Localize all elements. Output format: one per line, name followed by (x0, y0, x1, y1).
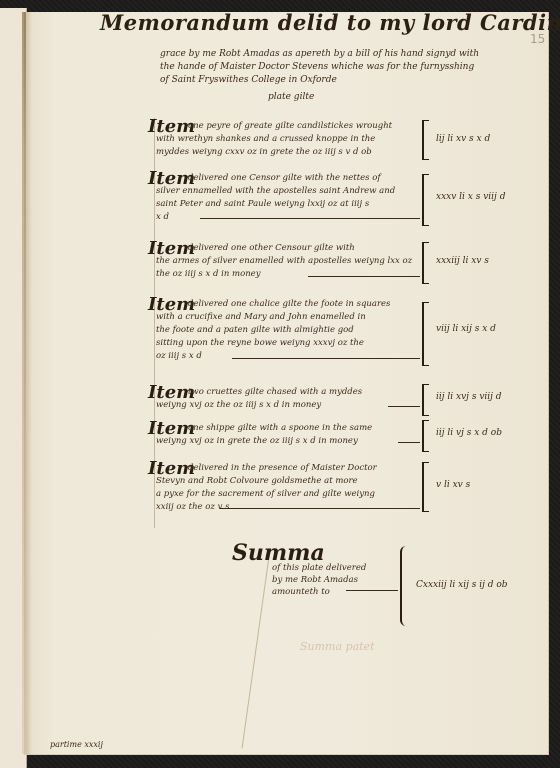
item-amount: v li xv s (436, 480, 470, 490)
item-line: silver ennamelled with the apostelles sa… (156, 185, 421, 198)
brace-icon (422, 174, 429, 226)
item-line: weiyng xvj oz in grete the oz iiij s x d… (156, 435, 421, 448)
brace-icon (422, 120, 429, 160)
item-line: delivered one other Censour gilte with (156, 242, 421, 255)
item-amount: lij li xv s x d (436, 134, 490, 144)
item-line: with a crucifixe and Mary and John ename… (156, 311, 421, 324)
item-amount: xxxiij li xv s (436, 256, 489, 266)
item-line: one peyre of greate gilte candilstickes … (156, 120, 421, 133)
fill-line (200, 218, 420, 219)
fill-line (220, 508, 420, 509)
summa-line: amounteth to (272, 586, 366, 598)
item-line: myddes weiyng cxxv oz in grete the oz ii… (156, 146, 421, 159)
item-line: the foote and a paten gilte with almight… (156, 324, 421, 337)
item-description: delivered one chalice gilte the foote in… (156, 298, 421, 363)
fill-line (346, 590, 398, 591)
subheading-plate-gilte: plate gilte (268, 92, 314, 102)
item-line: Stevyn and Robt Colvoure goldsmethe at m… (156, 475, 421, 488)
binding-gutter (22, 12, 26, 754)
item-line: two cruettes gilte chased with a myddes (156, 386, 421, 399)
fill-line (232, 358, 420, 359)
item-line: delivered in the presence of Maister Doc… (156, 462, 421, 475)
item-description: one shippe gilte with a spoone in the sa… (156, 422, 421, 448)
item-amount: viij li xij s x d (436, 324, 496, 334)
summa-amount: Cxxxiij li xij s ij d ob (416, 580, 508, 590)
brace-icon (422, 420, 429, 452)
footer-note: partime xxxij (50, 740, 103, 749)
fill-line (388, 406, 420, 407)
preamble: grace by me Robt Amadas as apereth by a … (160, 48, 520, 87)
item-line: the oz iiij s x d in money (156, 268, 421, 281)
item-description: two cruettes gilte chased with a myddes … (156, 386, 421, 412)
item-amount: iij li xvj s viij d (436, 392, 502, 402)
preamble-line: the hande of Maister Doctor Stevens whic… (160, 61, 520, 74)
summa-line: of this plate delivered (272, 562, 366, 574)
item-description: delivered in the presence of Maister Doc… (156, 462, 421, 514)
fill-line (398, 442, 420, 443)
item-line: with wrethyn shankes and a crussed knopp… (156, 133, 421, 146)
brace-icon (422, 462, 429, 512)
brace-icon (400, 546, 408, 626)
item-line: oz iiij s x d (156, 350, 421, 363)
faint-show-through-text: Summa patet (300, 640, 375, 653)
item-line: a pyxe for the sacrement of silver and g… (156, 488, 421, 501)
item-line: saint Peter and saint Paule weiyng lxxij… (156, 198, 421, 211)
heading-text: Memorandum delid to my lord Cardinallis (100, 10, 560, 35)
brace-icon (422, 242, 429, 284)
brace-icon (422, 384, 429, 416)
item-amount: iij li vj s x d ob (436, 428, 502, 438)
item-amount: xxxv li x s viij d (436, 192, 505, 202)
item-description: delivered one Censor gilte with the nett… (156, 172, 421, 224)
item-line: weiyng xvj oz the oz iiij s x d in money (156, 399, 421, 412)
item-line: one shippe gilte with a spoone in the sa… (156, 422, 421, 435)
item-description: one peyre of greate gilte candilstickes … (156, 120, 421, 159)
brace-icon (422, 302, 429, 366)
item-line: the armes of silver enamelled with apost… (156, 255, 421, 268)
item-line: delivered one Censor gilte with the nett… (156, 172, 421, 185)
preamble-line: grace by me Robt Amadas as apereth by a … (160, 48, 520, 61)
fill-line (308, 276, 420, 277)
memorandum-heading: Memorandum delid to my lord Cardinallis (100, 10, 530, 35)
summa-line: by me Robt Amadas (272, 574, 366, 586)
summa-description: of this plate delivered by me Robt Amada… (272, 562, 366, 598)
preamble-line: of Saint Fryswithes College in Oxforde (160, 74, 520, 87)
item-line: delivered one chalice gilte the foote in… (156, 298, 421, 311)
item-line: sitting upon the reyne bowe weiyng xxxvj… (156, 337, 421, 350)
